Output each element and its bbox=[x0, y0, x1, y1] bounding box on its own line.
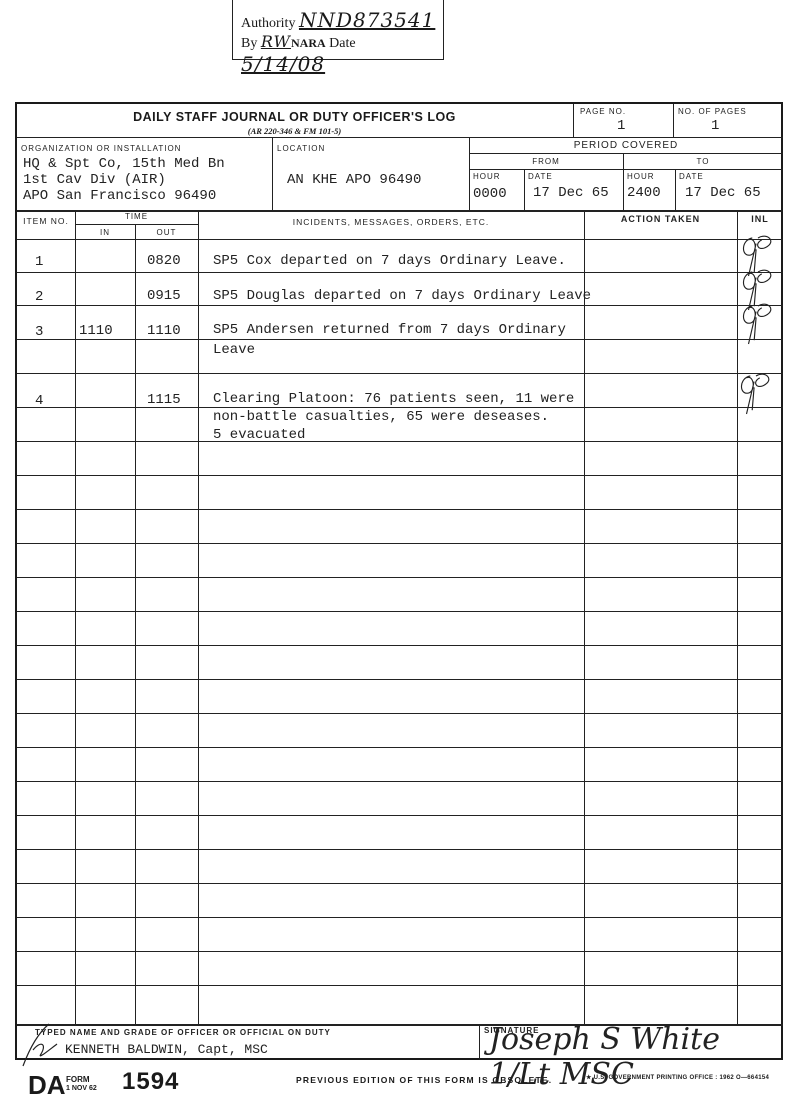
time-in: 1110 bbox=[79, 323, 113, 339]
authority-value: NND873541 bbox=[299, 8, 435, 32]
initials-icon bbox=[19, 1020, 59, 1070]
item-number: 1 bbox=[35, 254, 43, 270]
column-divider bbox=[737, 210, 738, 1024]
header-time: TIME bbox=[75, 212, 198, 221]
authority-label: Authority bbox=[241, 16, 295, 31]
page-no-value: 1 bbox=[617, 118, 625, 134]
time-out: 0915 bbox=[147, 288, 181, 304]
divider bbox=[75, 224, 198, 225]
divider bbox=[469, 153, 783, 154]
item-number: 2 bbox=[35, 289, 43, 305]
duty-log-form: DAILY STAFF JOURNAL OR DUTY OFFICER'S LO… bbox=[15, 102, 783, 1060]
organization-value: HQ & Spt Co, 15th Med Bn 1st Cav Div (AI… bbox=[23, 156, 225, 204]
incident-text: non-battle casualties, 65 were deseases. bbox=[213, 409, 549, 425]
from-hour-value: 0000 bbox=[473, 186, 507, 202]
divider bbox=[479, 1024, 480, 1060]
organization-label: ORGANIZATION OR INSTALLATION bbox=[21, 144, 181, 153]
form-label: FORM 1 NOV 62 bbox=[66, 1075, 97, 1093]
by-label: By bbox=[241, 36, 257, 51]
to-hour-label: HOUR bbox=[627, 172, 655, 181]
date-label: Date bbox=[329, 36, 355, 51]
incident-text: SP5 Douglas departed on 7 days Ordinary … bbox=[213, 288, 591, 304]
initials-icon bbox=[737, 372, 775, 416]
page-no-label: PAGE NO. bbox=[580, 107, 626, 116]
previous-edition-note: PREVIOUS EDITION OF THIS FORM IS OBSOLET… bbox=[296, 1075, 552, 1085]
typed-name-label: TYPED NAME AND GRADE OF OFFICER OR OFFIC… bbox=[35, 1028, 331, 1037]
column-divider bbox=[584, 210, 585, 1024]
divider bbox=[17, 137, 783, 138]
date-value: 5/14/08 bbox=[241, 52, 325, 76]
from-label: FROM bbox=[469, 157, 623, 166]
divider bbox=[524, 169, 525, 210]
divider bbox=[673, 104, 674, 137]
incident-text: Clearing Platoon: 76 patients seen, 11 w… bbox=[213, 391, 574, 407]
declassification-stamp: Authority NND873541 By RWNARA Date 5/14/… bbox=[232, 0, 444, 60]
incident-text: Leave bbox=[213, 342, 255, 358]
header-action-taken: ACTION TAKEN bbox=[584, 214, 737, 224]
item-number: 4 bbox=[35, 393, 43, 409]
header-incidents: INCIDENTS, MESSAGES, ORDERS, ETC. bbox=[198, 217, 584, 227]
divider bbox=[272, 137, 273, 210]
header-in: IN bbox=[75, 228, 135, 237]
to-date-value: 17 Dec 65 bbox=[685, 185, 761, 201]
from-date-value: 17 Dec 65 bbox=[533, 185, 609, 201]
location-label: LOCATION bbox=[277, 144, 325, 153]
form-prefix: DA bbox=[28, 1070, 66, 1101]
to-hour-value: 2400 bbox=[627, 185, 661, 201]
by-value: RW bbox=[261, 32, 291, 51]
header-item-no: ITEM NO. bbox=[17, 216, 75, 227]
column-divider bbox=[198, 210, 199, 1024]
divider bbox=[675, 169, 676, 210]
incident-text: SP5 Cox departed on 7 days Ordinary Leav… bbox=[213, 253, 566, 269]
form-subtitle: (AR 220-346 & FM 101-5) bbox=[17, 126, 572, 136]
no-of-pages-label: NO. OF PAGES bbox=[678, 107, 747, 116]
from-date-label: DATE bbox=[528, 172, 553, 181]
divider bbox=[469, 169, 783, 170]
form-title: DAILY STAFF JOURNAL OR DUTY OFFICER'S LO… bbox=[17, 110, 572, 124]
header-initials: INL bbox=[737, 214, 783, 224]
header-out: OUT bbox=[135, 228, 198, 237]
column-divider bbox=[75, 210, 76, 1024]
printing-office-note: ★ U.S. GOVERNMENT PRINTING OFFICE : 1962… bbox=[586, 1074, 769, 1081]
divider bbox=[623, 153, 624, 210]
initials-icon bbox=[739, 302, 777, 346]
time-out: 1110 bbox=[147, 323, 181, 339]
form-number: 1594 bbox=[122, 1068, 179, 1096]
location-value: AN KHE APO 96490 bbox=[287, 172, 421, 188]
no-of-pages-value: 1 bbox=[711, 118, 719, 134]
typed-name-value: KENNETH BALDWIN, Capt, MSC bbox=[65, 1042, 268, 1057]
agency: NARA bbox=[291, 36, 326, 50]
period-covered-label: PERIOD COVERED bbox=[469, 140, 783, 151]
from-hour-label: HOUR bbox=[473, 172, 501, 181]
to-date-label: DATE bbox=[679, 172, 704, 181]
time-out: 0820 bbox=[147, 253, 181, 269]
divider bbox=[573, 104, 574, 137]
incident-text: 5 evacuated bbox=[213, 427, 305, 443]
column-divider bbox=[135, 224, 136, 1024]
time-out: 1115 bbox=[147, 392, 181, 408]
incident-text: SP5 Andersen returned from 7 days Ordina… bbox=[213, 322, 566, 338]
to-label: TO bbox=[623, 157, 783, 166]
item-number: 3 bbox=[35, 324, 43, 340]
